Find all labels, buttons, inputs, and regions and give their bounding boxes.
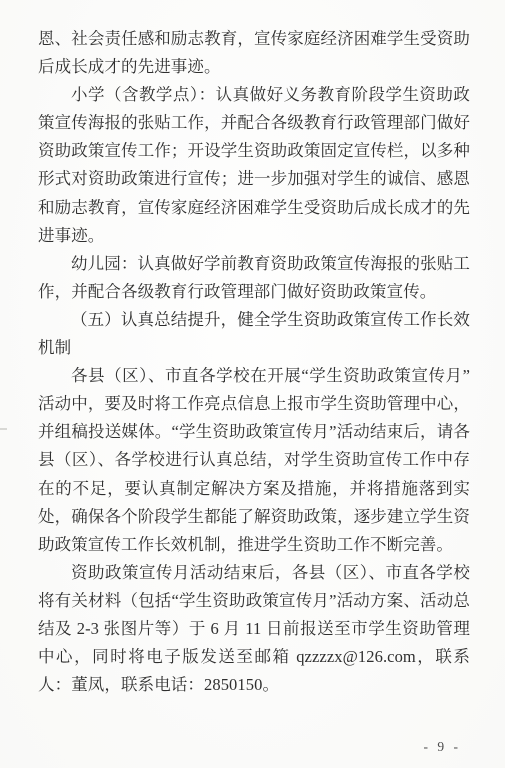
- document-page: 恩、社会责任感和励志教育，宣传家庭经济困难学生受资助后成长成才的先进事迹。 小学…: [0, 0, 505, 768]
- page-number: - 9 -: [424, 739, 462, 755]
- document-body: 恩、社会责任感和励志教育，宣传家庭经济困难学生受资助后成长成才的先进事迹。 小学…: [38, 25, 470, 699]
- paragraph-materials-submission: 资助政策宣传月活动结束后，各县（区）、市直各学校将有关材料（包括“学生资助政策宣…: [38, 559, 470, 699]
- paragraph-continuation: 恩、社会责任感和励志教育，宣传家庭经济困难学生受资助后成长成才的先进事迹。: [38, 25, 470, 81]
- paragraph-kindergarten: 幼儿园：认真做好学前教育资助政策宣传海报的张贴工作，并配合各级教育行政管理部门做…: [38, 250, 470, 306]
- scan-artifact: [0, 428, 7, 430]
- paragraph-primary-school: 小学（含教学点）：认真做好义务教育阶段学生资助政策宣传海报的张贴工作，并配合各级…: [38, 81, 470, 250]
- section-five-heading: （五）认真总结提升，健全学生资助政策宣传工作长效机制: [38, 306, 470, 362]
- paragraph-summary-requirements: 各县（区）、市直各学校在开展“学生资助政策宣传月”活动中，要及时将工作亮点信息上…: [38, 362, 470, 559]
